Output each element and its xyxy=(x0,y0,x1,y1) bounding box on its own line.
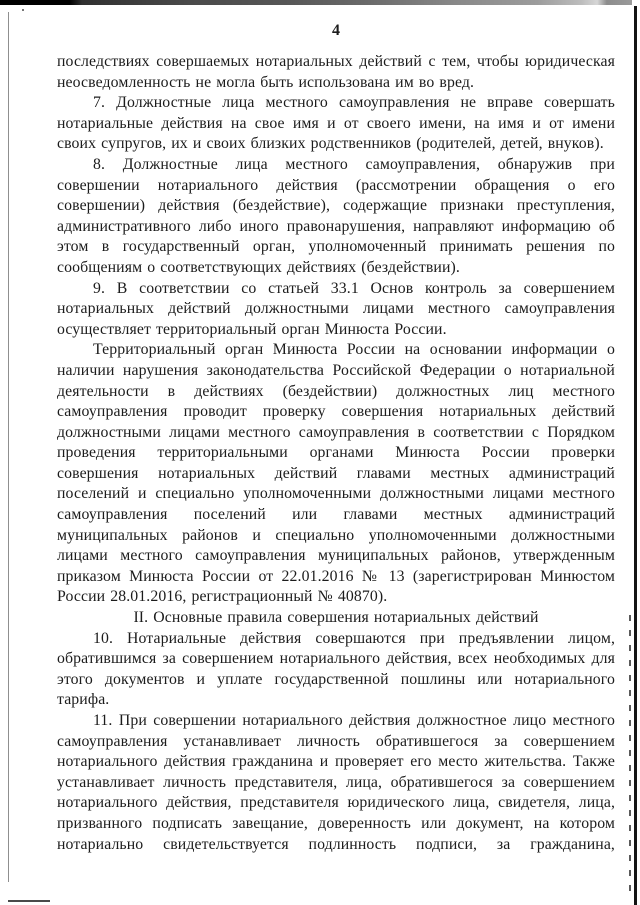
scan-artifact-right-line xyxy=(634,6,637,905)
scan-artifact-speck xyxy=(22,9,24,11)
paragraph-territorial-body: Территориальный орган Минюста России на … xyxy=(57,340,615,608)
paragraph-item-11: 11. При совершении нотариального действи… xyxy=(57,711,615,855)
scan-artifact-top-bar xyxy=(0,0,632,5)
paragraph-item-8: 8. Должностные лица местного самоуправле… xyxy=(57,155,615,279)
paragraph-item-9: 9. В соответствии со статьей 33.1 Основ … xyxy=(57,279,615,341)
scanned-document-page: 4 последствиях совершаемых нотариальных … xyxy=(0,0,640,905)
scan-artifact-left-line xyxy=(8,12,9,882)
page-number: 4 xyxy=(57,22,615,40)
section-heading: II. Основные правила совершения нотариал… xyxy=(57,608,615,629)
paragraph-item-7: 7. Должностные лица местного самоуправле… xyxy=(57,93,615,155)
paragraph-continuation: последствиях совершаемых нотариальных де… xyxy=(57,52,615,93)
paragraph-item-10: 10. Нотариальные действия совершаются пр… xyxy=(57,629,615,711)
scan-artifact-right-dashes xyxy=(629,615,631,900)
document-text-block: последствиях совершаемых нотариальных де… xyxy=(57,52,615,855)
scan-artifact-bottom-tick xyxy=(8,900,50,902)
